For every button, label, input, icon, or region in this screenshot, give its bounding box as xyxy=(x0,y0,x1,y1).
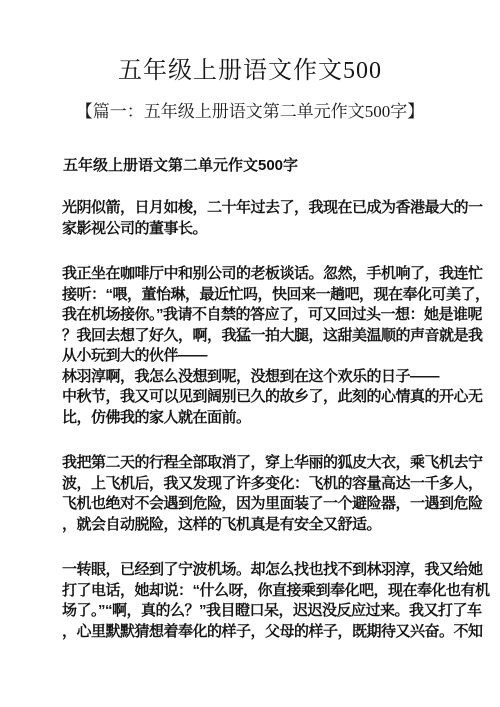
essay-line: 接听：“喂，董怡琳，最近忙吗，快回来一趟吧，现在奉化可美了， xyxy=(62,285,442,306)
essay-line: 飞机也绝对不会遇到危险，因为里面装了一个避险器，一遇到危险 xyxy=(62,494,442,515)
essay-line: 一转眼，已经到了宁波机场。却怎么找也找不到林羽淳，我又给她 xyxy=(62,560,442,581)
essay-paragraph: 我把第二天的行程全部取消了，穿上华丽的狐皮大衣，乘飞机去宁波，上飞机后，我又发现… xyxy=(62,453,442,535)
document-page: 五年级上册语文作文500 【篇一：五年级上册语文第二单元作文500字】 五年级上… xyxy=(0,0,500,707)
page-title: 五年级上册语文作文500 xyxy=(0,0,500,86)
essay-line: 我在机场接你。”我请不自禁的答应了，可又回过头一想：她是谁呢 xyxy=(62,305,442,326)
page-subtitle: 【篇一：五年级上册语文第二单元作文500字】 xyxy=(0,101,500,122)
essay-paragraph: 一转眼，已经到了宁波机场。却怎么找也找不到林羽淳，我又给她打了电话，她却说：“什… xyxy=(62,560,442,642)
essay-line: 场了。”“啊，真的么？”我目瞪口呆，迟迟没反应过来。我又打了车 xyxy=(62,601,442,622)
essay-line: 打了电话，她却说：“什么呀，你直接乘到奉化吧，现在奉化也有机 xyxy=(62,581,442,602)
essay-line: 我把第二天的行程全部取消了，穿上华丽的狐皮大衣，乘飞机去宁 xyxy=(62,453,442,474)
essay-line: 比，仿佛我的家人就在面前。 xyxy=(62,408,442,429)
essay-line: 林羽淳啊，我怎么没想到呢，没想到在这个欢乐的日子—— xyxy=(62,367,442,388)
essay-line: ？我回去想了好久，啊，我猛一拍大腿，这甜美温顺的声音就是我 xyxy=(62,326,442,347)
essay-body: 光阴似箭，日月如梭，二十年过去了，我现在已成为香港最大的一家影视公司的董事长。我… xyxy=(62,198,442,642)
essay-line: ，就会自动脱险，这样的飞机真是有安全又舒适。 xyxy=(62,515,442,536)
essay-line: ，心里默默猜想着奉化的样子，父母的样子，既期待又兴奋。不知 xyxy=(62,622,442,643)
essay-line: 我正坐在咖啡厅中和别公司的老板谈话。忽然，手机响了，我连忙 xyxy=(62,264,442,285)
essay-line: 波，上飞机后，我又发现了许多变化：飞机的容量高达一千多人， xyxy=(62,474,442,495)
essay-line: 中秋节，我又可以见到阔别已久的故乡了，此刻的心情真的开心无 xyxy=(62,387,442,408)
essay-paragraph: 光阴似箭，日月如梭，二十年过去了，我现在已成为香港最大的一家影视公司的董事长。 xyxy=(62,198,442,239)
essay-paragraph: 我正坐在咖啡厅中和别公司的老板谈话。忽然，手机响了，我连忙接听：“喂，董怡琳，最… xyxy=(62,264,442,428)
essay-line: 家影视公司的董事长。 xyxy=(62,219,442,240)
essay-line: 从小玩到大的伙伴—— xyxy=(62,346,442,367)
section-heading: 五年级上册语文第二单元作文500字 xyxy=(63,156,500,175)
essay-line: 光阴似箭，日月如梭，二十年过去了，我现在已成为香港最大的一 xyxy=(62,198,442,219)
